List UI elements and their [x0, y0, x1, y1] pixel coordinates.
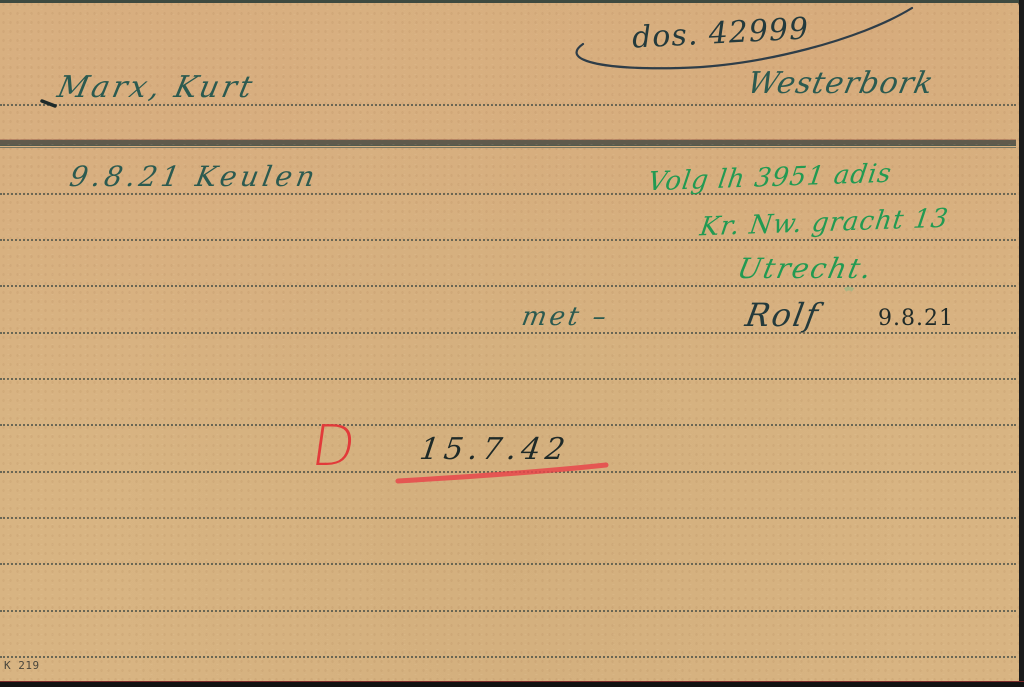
accompanied-by-label: met – — [519, 302, 611, 332]
archival-index-card: dos. 42999 Marx, Kurt Westerbork 9.8.21 … — [0, 0, 1019, 682]
birth-date-place: 9.8.21 Keulen — [67, 160, 321, 193]
death-date: 15.7.42 — [418, 432, 572, 467]
name-lead-stroke — [42, 101, 55, 106]
form-code: K 219 — [4, 659, 40, 672]
green-ink-blot — [845, 289, 853, 291]
deceased-mark: D — [307, 414, 360, 479]
scan-right-edge — [1019, 0, 1024, 687]
accompanied-by-birth-date: 9.8.21 — [878, 306, 954, 331]
red-underline-stroke — [398, 465, 606, 481]
camp-name: Westerbork — [744, 66, 937, 101]
accompanied-by-name: Rolf — [743, 296, 823, 334]
person-name: Marx, Kurt — [54, 70, 258, 105]
address-line-3: Utrecht. — [734, 252, 876, 285]
